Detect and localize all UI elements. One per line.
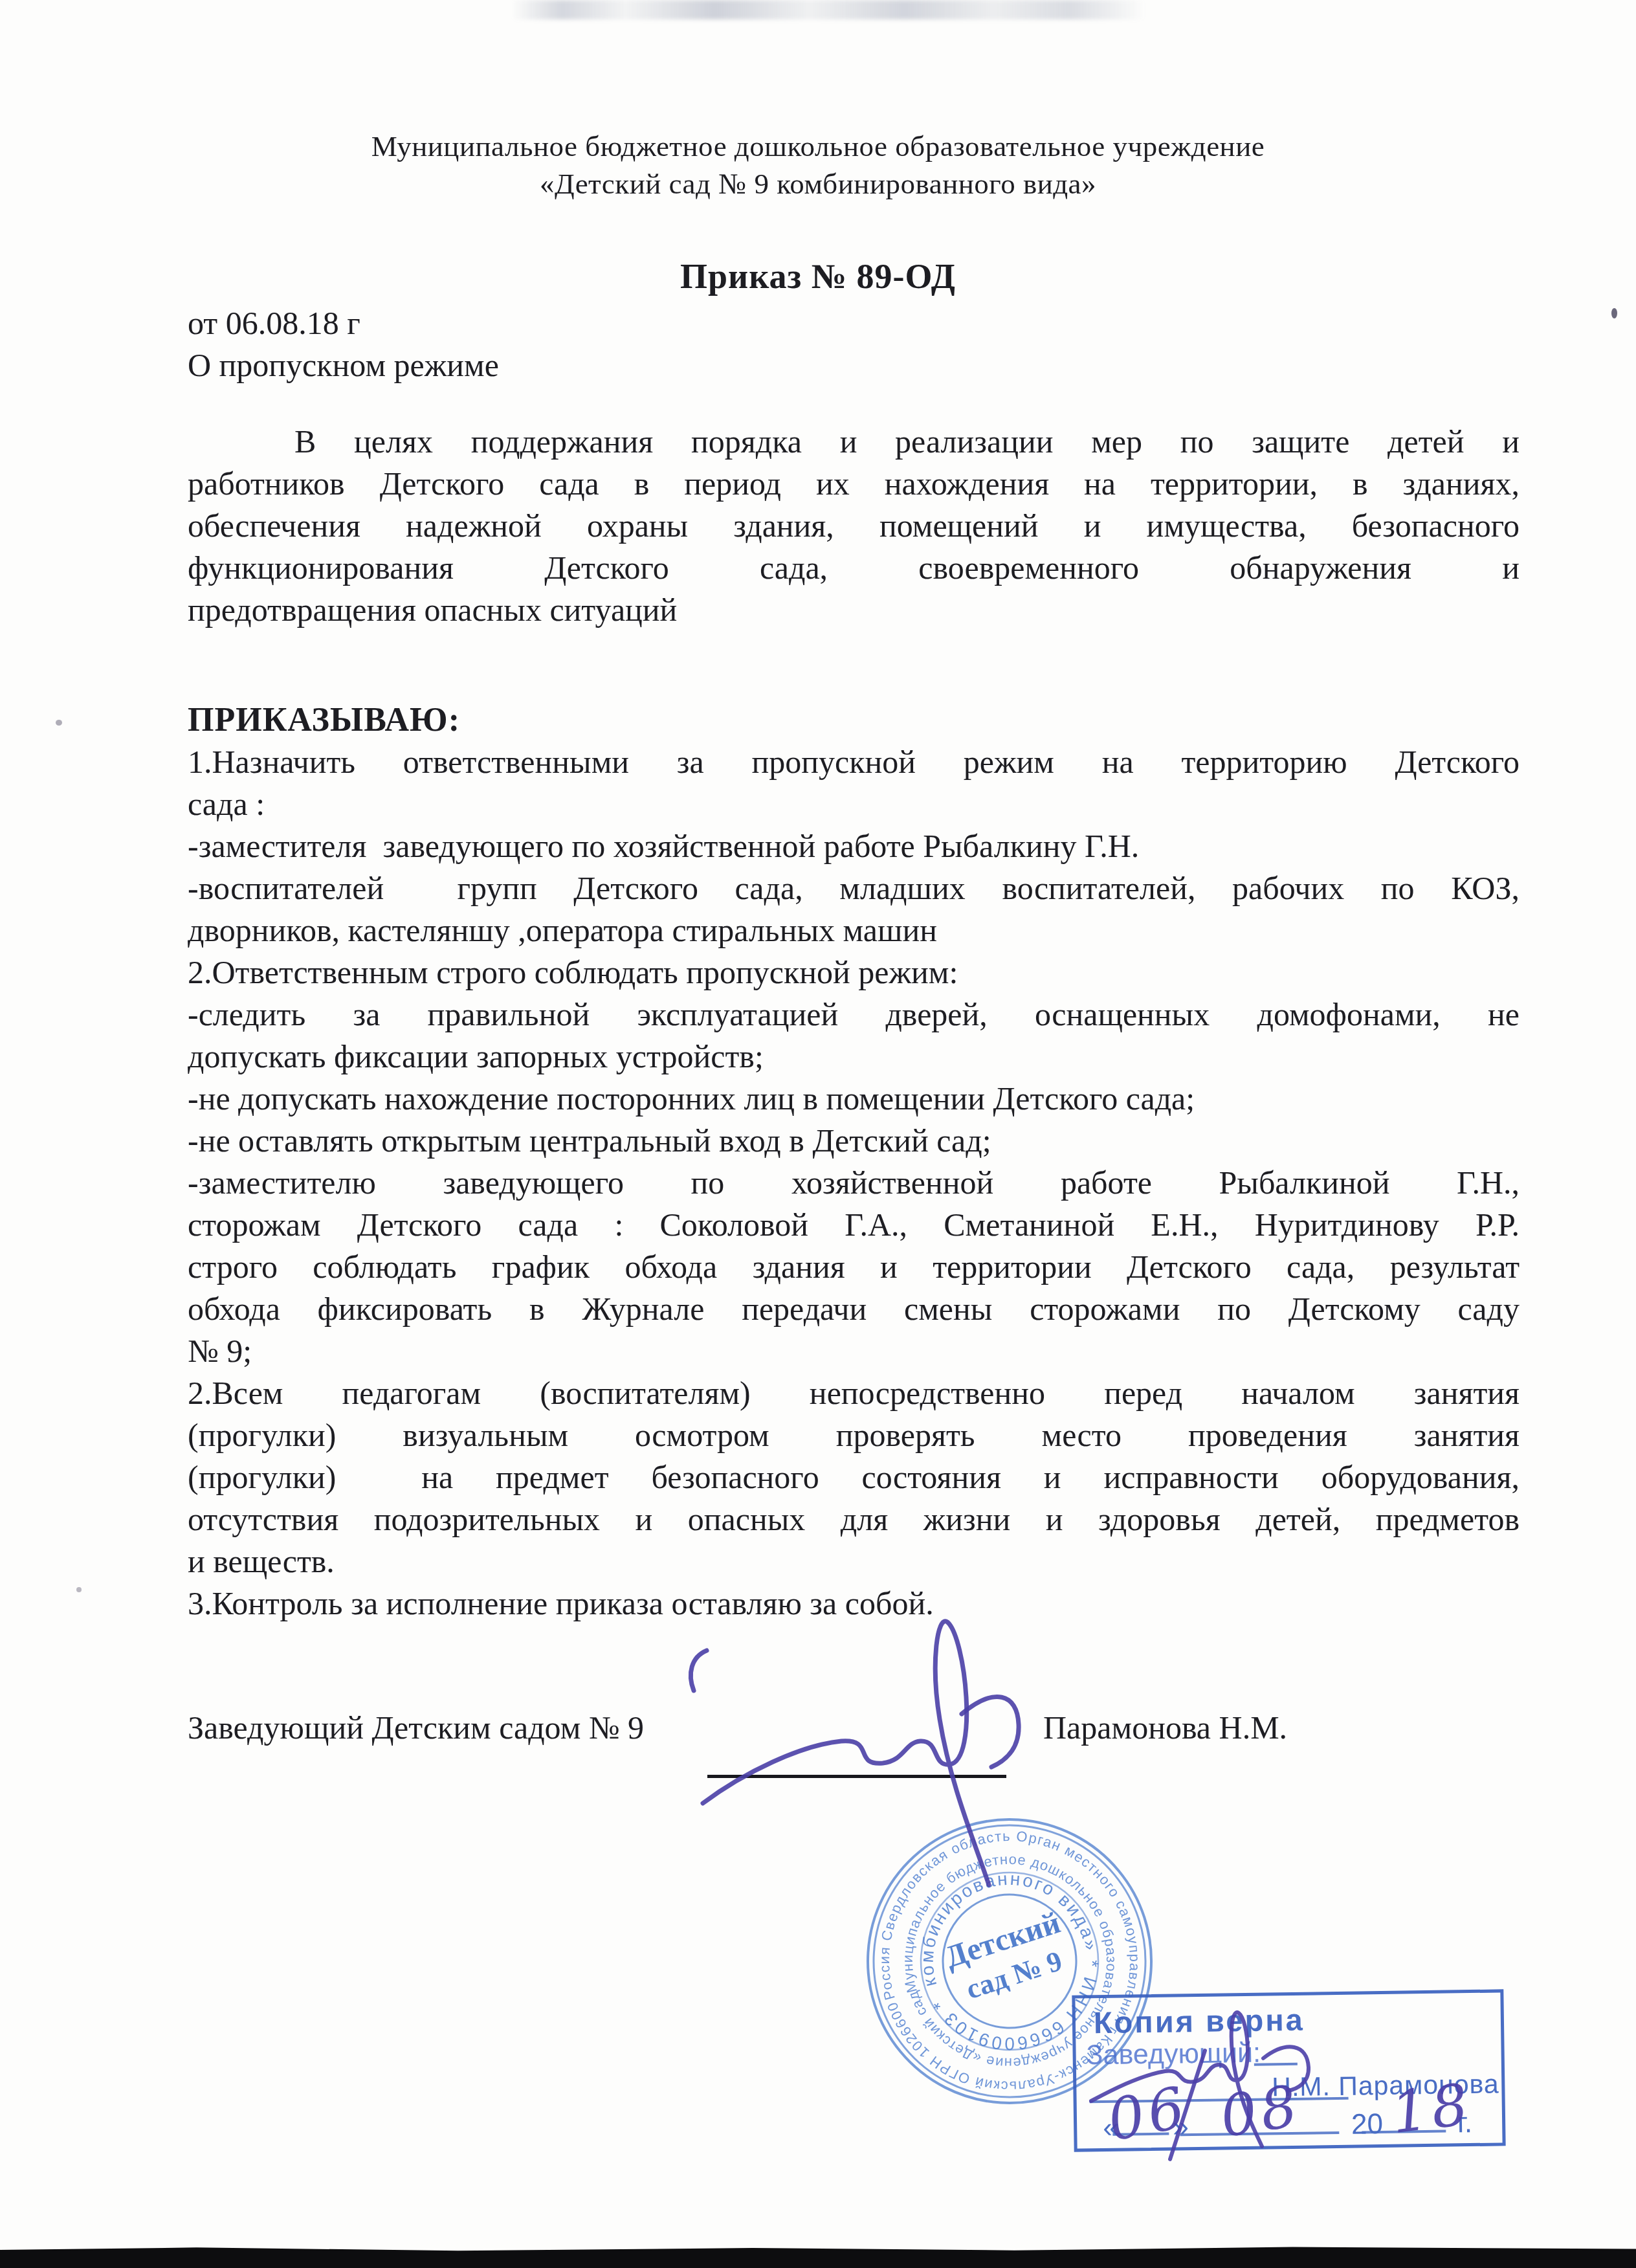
org-name-line2: «Детский сад № 9 комбинированного вида»	[0, 167, 1636, 201]
order-line: -заместителю заведующего по хозяйственно…	[188, 1162, 1520, 1204]
order-line: -заместителя заведующего по хозяйственно…	[188, 825, 1520, 867]
handwritten-month: 08	[1216, 2072, 1306, 2150]
order-line: 2.Ответственным строго соблюдать пропуск…	[188, 951, 1520, 994]
order-line: сада :	[188, 783, 1520, 825]
order-line: дворников, кастеляншу ,оператора стираль…	[188, 909, 1520, 951]
copy-stamp-role-rule	[1254, 2063, 1298, 2066]
order-line: строго соблюдать график обхода здания и …	[188, 1246, 1520, 1288]
scan-artifact-speck	[1611, 308, 1617, 318]
scanned-order-document: Муниципальное бюджетное дошкольное образ…	[0, 0, 1636, 2268]
order-subject: О пропускном режиме	[188, 346, 499, 384]
order-line: и веществ.	[188, 1540, 1520, 1583]
order-line: 3.Контроль за исполнение приказа оставля…	[188, 1583, 1520, 1625]
order-lines: 1.Назначить ответственными за пропускной…	[188, 741, 1520, 1625]
intro-line: предотвращения опасных ситуаций	[188, 589, 1520, 631]
order-line: -не оставлять открытым центральный вход …	[188, 1120, 1520, 1162]
signature-name: Парамонова Н.М.	[1043, 1709, 1287, 1746]
signature-label: Заведующий Детским садом № 9	[188, 1709, 644, 1746]
intro-line: работников Детского сада в период их нах…	[188, 463, 1520, 505]
copy-stamp-title: Копия верна	[1094, 2002, 1305, 2041]
order-line: -воспитателей групп Детского сада, младш…	[188, 867, 1520, 909]
order-line: допускать фиксации запорных устройств;	[188, 1036, 1520, 1078]
scan-artifact-speck	[56, 720, 62, 726]
copy-stamp-year-prefix: 20	[1351, 2108, 1384, 2141]
signature-rule	[707, 1775, 1006, 1778]
copy-stamp-role: Заведующий:	[1086, 2038, 1261, 2072]
order-line: (прогулки) визуальным осмотром проверять…	[188, 1414, 1520, 1456]
document-title: Приказ № 89-ОД	[0, 256, 1636, 296]
order-heading: ПРИКАЗЫВАЮ:	[188, 699, 1520, 741]
order-line: отсутствия подозрительных и опасных для …	[188, 1498, 1520, 1540]
order-date: от 06.08.18 г	[188, 304, 360, 342]
order-line: обхода фиксировать в Журнале передачи см…	[188, 1288, 1520, 1330]
org-name-line1: Муниципальное бюджетное дошкольное образ…	[0, 129, 1636, 163]
order-line: 2.Всем педагогам (воспитателям) непосред…	[188, 1372, 1520, 1414]
scan-edge-strip	[0, 2245, 1636, 2268]
order-line: 1.Назначить ответственными за пропускной…	[188, 741, 1520, 783]
order-line: (прогулки) на предмет безопасного состоя…	[188, 1456, 1520, 1498]
order-line: -следить за правильной эксплуатацией две…	[188, 994, 1520, 1036]
intro-line: В целях поддержания порядка и реализации…	[188, 421, 1520, 463]
order-section: ПРИКАЗЫВАЮ: 1.Назначить ответственными з…	[188, 699, 1520, 1625]
order-line: -не допускать нахождение посторонних лиц…	[188, 1078, 1520, 1120]
intro-line: обеспечения надежной охраны здания, поме…	[188, 505, 1520, 547]
intro-paragraph: В целях поддержания порядка и реализации…	[188, 421, 1520, 631]
intro-line: функционирования Детского сада, своеврем…	[188, 547, 1520, 589]
handwritten-year: 18	[1387, 2071, 1476, 2146]
order-line: № 9;	[188, 1330, 1520, 1372]
order-line: сторожам Детского сада : Соколовой Г.А.,…	[188, 1204, 1520, 1246]
scan-artifact-smudge	[511, 0, 1145, 19]
scan-artifact-speck	[76, 1587, 82, 1592]
